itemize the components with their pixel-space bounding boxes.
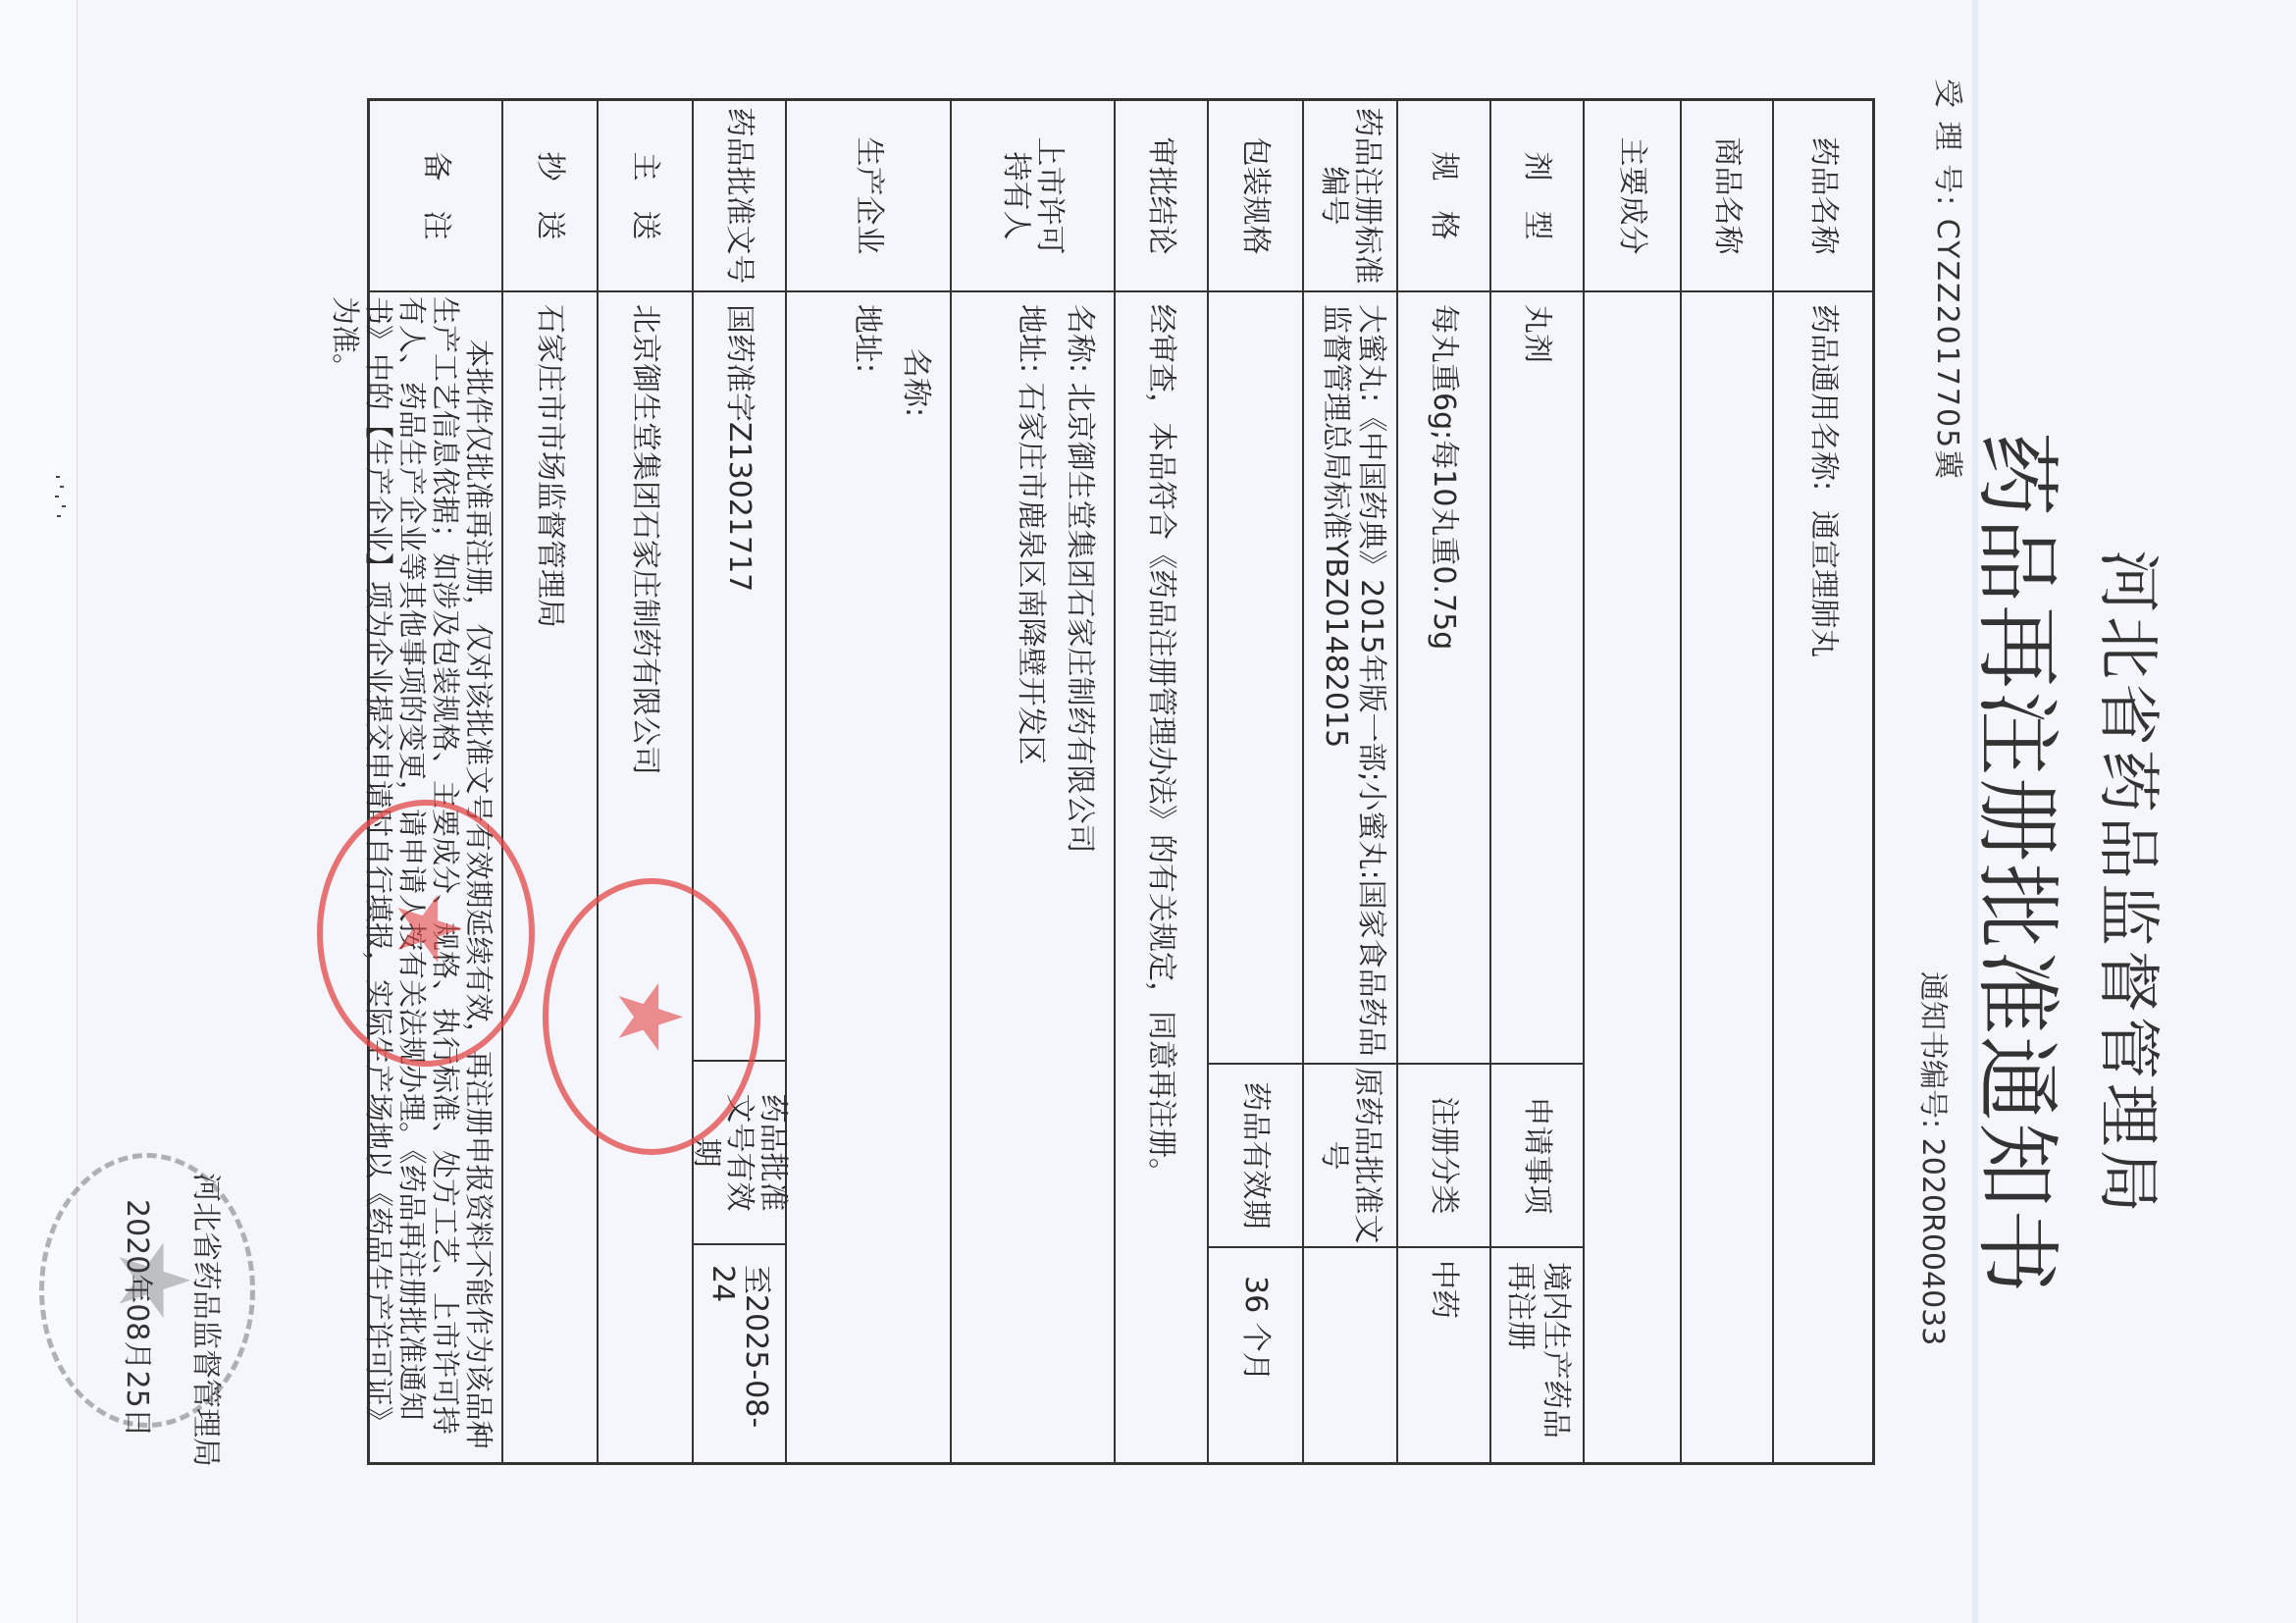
label-mah: 上市许可持有人	[952, 101, 1114, 290]
label-trade-name: 商品名称	[1682, 101, 1772, 290]
notice-number: 通知书编号: 2020R004033	[1914, 971, 1957, 1345]
acceptance-number: 受 理 号: CYZZ2017705冀	[1929, 79, 1972, 481]
value-approval-no-validity: 至2025-08-24	[694, 1245, 785, 1462]
label-remarks: 备 注	[370, 101, 501, 290]
company-seal: ★	[543, 878, 760, 1155]
value-dosage-form: 丸剂	[1491, 292, 1583, 1063]
label-specification: 规 格	[1398, 101, 1489, 290]
label-registration-category: 注册分类	[1398, 1065, 1489, 1246]
manufacturer-address-line: 地址:	[842, 304, 891, 1460]
mah-name-value: 北京御生堂集团石家庄制药有限公司	[1063, 383, 1097, 854]
table-border-top	[1872, 98, 1875, 1465]
label-drug-name: 药品名称	[1774, 101, 1872, 290]
value-validity: 36 个月	[1209, 1248, 1302, 1462]
mah-address-value: 石家庄市鹿泉区南降壁开发区	[1014, 383, 1048, 765]
label-cc: 抄 送	[503, 101, 597, 290]
seal-star-icon: ★	[598, 977, 701, 1057]
manufacturer-address-label: 地址:	[850, 304, 884, 373]
manufacturer-name-line: 名称:	[891, 304, 940, 1460]
value-original-approval-no	[1304, 1248, 1396, 1462]
label-dosage-form: 剂 型	[1491, 101, 1583, 290]
value-application-item: 境内生产药品再注册	[1491, 1248, 1573, 1462]
value-main-recipient: 北京御生堂集团石家庄制药有限公司	[599, 292, 692, 1460]
label-manufacturer: 生产企业	[787, 101, 950, 290]
label-original-approval-no: 原药品批准文号	[1304, 1065, 1396, 1246]
value-approval-conclusion: 经审查，本品符合《药品注册管理办法》的有关规定，同意再注册。	[1116, 292, 1207, 1460]
document-title: 药品再注册批准通知书	[1963, 432, 2085, 1295]
label-approval-no: 药品批准文号	[694, 101, 785, 290]
mah-address-label: 地址:	[1014, 304, 1048, 373]
value-registration-category: 中药	[1398, 1248, 1489, 1462]
table-border-right	[367, 1462, 1875, 1465]
label-main-recipient: 主 送	[599, 101, 692, 290]
manufacturer-name-label: 名称:	[899, 348, 933, 417]
mah-name-line: 名称: 北京御生堂集团石家庄制药有限公司	[1055, 304, 1104, 1460]
generic-name-value: 通宣理肺丸	[1806, 510, 1840, 657]
label-approval-conclusion: 审批结论	[1116, 101, 1207, 290]
issuing-authority-title: 河北省药品监督管理局	[2088, 550, 2178, 1217]
authority-red-seal: ★	[317, 800, 535, 1067]
mah-address-line: 地址: 石家庄市鹿泉区南降壁开发区	[1006, 304, 1055, 1460]
value-package-spec	[1209, 292, 1302, 1063]
notice-number-value: 2020R004033	[1915, 1138, 1950, 1346]
acceptance-number-value: CYZZ2017705冀	[1930, 219, 1964, 481]
signature-date: 2020年08月25日	[119, 1199, 162, 1438]
value-manufacturer: 名称: 地址:	[787, 292, 940, 1460]
label-main-ingredients: 主要成分	[1585, 101, 1680, 290]
value-mah: 名称: 北京御生堂集团石家庄制药有限公司 地址: 石家庄市鹿泉区南降壁开发区	[952, 292, 1104, 1460]
value-main-ingredients	[1585, 292, 1680, 1460]
generic-name-label: 药品通用名称:	[1806, 304, 1840, 491]
label-application-item: 申请事项	[1491, 1065, 1583, 1246]
label-validity: 药品有效期	[1209, 1065, 1302, 1246]
value-drug-name: 药品通用名称: 通宣理肺丸	[1774, 292, 1872, 1460]
label-package-spec: 包装规格	[1209, 101, 1302, 290]
value-specification: 每丸重6g;每10丸重0.75g	[1398, 292, 1489, 1063]
value-registration-standard: 大蜜丸:《中国药典》2015年版一部;小蜜丸:国家食品药品监督管理总局标准YBZ…	[1304, 292, 1388, 1063]
signature-org: 河北省药品监督管理局	[187, 1173, 231, 1467]
mah-name-label: 名称:	[1063, 304, 1097, 373]
seal-star-icon: ★	[377, 889, 480, 969]
value-trade-name	[1682, 292, 1772, 1460]
notice-page: 河北省药品监督管理局 药品再注册批准通知书 受 理 号: CYZZ2017705…	[0, 0, 2296, 1623]
acceptance-number-label: 受 理 号:	[1930, 79, 1964, 207]
label-registration-standard: 药品注册标准编号	[1304, 101, 1396, 290]
notice-number-label: 通知书编号:	[1915, 971, 1950, 1128]
